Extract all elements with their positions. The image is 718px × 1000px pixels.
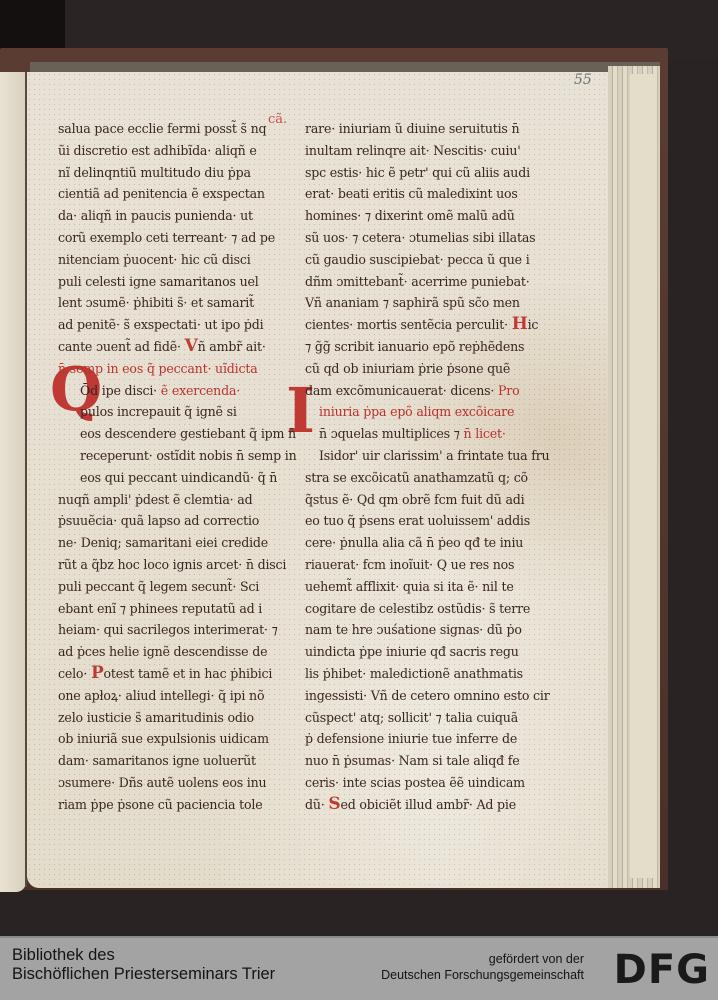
manuscript-line: spc estis· hic ẽ petr' qui cũ aliis audi bbox=[305, 162, 515, 184]
funder-line-2: Deutschen Forschungsgemeinschaft bbox=[381, 967, 584, 983]
manuscript-line: q̃stus ẽ· Qd qm obrẽ fcm fuit dũ adi bbox=[305, 489, 515, 511]
manuscript-line: eos qui peccant uindicandũ· q̃ n̄ bbox=[58, 467, 278, 489]
manuscript-line: rũt a q̃bz hoc loco ignis arcet· n̄ disc… bbox=[58, 554, 278, 576]
manuscript-line: da· aliqñ in paucis punienda· ut bbox=[58, 205, 278, 227]
manuscript-line: n̄ semp in eos q̃ peccant· uĩdicta bbox=[58, 358, 278, 380]
manuscript-line: cogitare de celestibz ostũdis· s̃ terre bbox=[305, 598, 515, 620]
manuscript-line: receperunt· ostĩdit nobis n̄ semp in bbox=[58, 445, 278, 467]
manuscript-line: cante ɔuent̃ ad fidẽ· Vñ ambr̃ ait· bbox=[58, 336, 278, 358]
rubricated-initial: S bbox=[328, 794, 340, 814]
manuscript-line: Vñ ananiam ⁊ saphirã spũ sc̃o men bbox=[305, 292, 515, 314]
manuscript-line: sũ uos· ⁊ cetera· ɔtumelias sibi illatas bbox=[305, 227, 515, 249]
rubricated-initial: H bbox=[512, 314, 528, 334]
manuscript-line: ne· Deniq; samaritani eiei credide bbox=[58, 532, 278, 554]
manuscript-line: eos descendere gestiebant q̃ ipm n̄ bbox=[58, 423, 278, 445]
funder-credit: gefördert von der Deutschen Forschungsge… bbox=[381, 951, 584, 983]
manuscript-line: corũ exemplo ceti terreant· ⁊ ad pe bbox=[58, 227, 278, 249]
manuscript-line: cũspect' atq; sollicit' ⁊ talia cuiquã bbox=[305, 707, 515, 729]
funder-line-1: gefördert von der bbox=[381, 951, 584, 967]
rubricated-initial: V bbox=[185, 336, 198, 356]
library-line-1: Bibliothek des bbox=[12, 946, 275, 965]
book-spine-edge bbox=[30, 62, 660, 72]
background-corner bbox=[0, 0, 65, 55]
manuscript-line: dũ· Sed obiciẽt illud ambr̃· Ad pie bbox=[305, 794, 515, 816]
manuscript-line: nam te hre ɔuśatione signas· dũ ṗo bbox=[305, 619, 515, 641]
folio-number: 55 bbox=[574, 72, 592, 88]
dfg-logo: DFG bbox=[614, 952, 710, 988]
manuscript-line: riam ṗpe ṗsone cũ paciencia tole bbox=[58, 794, 278, 816]
rubric-text: ẽ exercenda· bbox=[161, 383, 240, 398]
text-column-left: salua pace ecclie fermi posst̃ s̃ nqũi d… bbox=[58, 118, 278, 816]
manuscript-line: cũ qd ob iniuriam ṗrie ṗsone quẽ bbox=[305, 358, 515, 380]
manuscript-line: pulos increpauit q̃ ignẽ si bbox=[58, 401, 278, 423]
manuscript-line: celo· Potest tamẽ et in hac ṗhibici bbox=[58, 663, 278, 685]
manuscript-line: iniuria ṗpa epõ aliqm excõicare bbox=[305, 401, 515, 423]
manuscript-line: uindicta ṗpe iniurie qđ sacris regu bbox=[305, 641, 515, 663]
rubricated-initial: P bbox=[91, 663, 104, 683]
manuscript-line: stra se excõicatũ anathamzatũ q; cõ bbox=[305, 467, 515, 489]
library-credit: Bibliothek des Bischöflichen Priestersem… bbox=[12, 946, 275, 984]
manuscript-line: eo tuo q̃ ṗsens erat uoluissem' addis bbox=[305, 510, 515, 532]
manuscript-line: dam excõmunicauerat· dicens· Pro bbox=[305, 380, 515, 402]
facing-page-left bbox=[0, 72, 26, 892]
manuscript-line: nuo n̄ ṗsumas· Nam si tale aliqđ fe bbox=[305, 750, 515, 772]
manuscript-line: nitenciam ṗuocent· hic cũ disci bbox=[58, 249, 278, 271]
manuscript-line: ṗsuuẽcia· quã lapso ad correctio bbox=[58, 510, 278, 532]
manuscript-line: dñm ɔmittebant̃· acerrime puniebat· bbox=[305, 271, 515, 293]
manuscript-line: riauerat· fcm inoĩuit· Q ue res nos bbox=[305, 554, 515, 576]
manuscript-line: ceris· inte scias postea ẽẽ uindicam bbox=[305, 772, 515, 794]
manuscript-line: erat· beati eritis cũ maledixint uos bbox=[305, 183, 515, 205]
manuscript-line: puli celesti igne samaritanos uel bbox=[58, 271, 278, 293]
manuscript-line: homines· ⁊ dixerint omẽ malũ adũ bbox=[305, 205, 515, 227]
manuscript-line: ɔsumere· Dñs autẽ uolens eos inu bbox=[58, 772, 278, 794]
footer-bar: Bibliothek des Bischöflichen Priestersem… bbox=[0, 936, 718, 1000]
manuscript-line: cientiã ad penitencia ẽ exspectan bbox=[58, 183, 278, 205]
manuscript-line: nĩ delinqntiũ multitudo diu ṗpa bbox=[58, 162, 278, 184]
manuscript-line: cũ gaudio suscipiebat· pecca ũ que i bbox=[305, 249, 515, 271]
manuscript-line: ad ṗces helie ignẽ descendisse de bbox=[58, 641, 278, 663]
manuscript-line: cientes· mortis sentẽcia perculit· Hic bbox=[305, 314, 515, 336]
manuscript-line: uehemt̃ afflixit· quia si ita ẽ· nil te bbox=[305, 576, 515, 598]
manuscript-line: Isidor' uir clarissim' a frintate tua fr… bbox=[305, 445, 515, 467]
text-column-right: rare· iniuriam ũ diuine seruitutis n̄inu… bbox=[305, 118, 515, 816]
manuscript-line: rare· iniuriam ũ diuine seruitutis n̄ bbox=[305, 118, 515, 140]
manuscript-line: ṗ defensione iniurie tue inferre de bbox=[305, 728, 515, 750]
manuscript-line: ũi discretio est adhibĩda· aliqñ e bbox=[58, 140, 278, 162]
manuscript-line: n̄ ɔquelas multiplices ⁊ n̄ licet· bbox=[305, 423, 515, 445]
rubric-text: Pro bbox=[498, 383, 519, 398]
manuscript-line: lent ɔsumẽ· ṗhibiti s̃· et samarit̃ bbox=[58, 292, 278, 314]
manuscript-line: dam· samaritanos igne uoluerũt bbox=[58, 750, 278, 772]
manuscript-line: Ōd ipe disci· ẽ exercenda· bbox=[58, 380, 278, 402]
library-line-2: Bischöflichen Priesterseminars Trier bbox=[12, 965, 275, 984]
manuscript-line: one apłoꝝ· aliud intellegi· q̃ ipi nõ bbox=[58, 685, 278, 707]
manuscript-line: ⁊ g̃g̃ scribit ianuario epõ reṗhẽdens bbox=[305, 336, 515, 358]
manuscript-line: zelo iusticie s̃ amaritudinis odio bbox=[58, 707, 278, 729]
manuscript-line: ebant enĩ ⁊ phinees reputatũ ad i bbox=[58, 598, 278, 620]
manuscript-line: ob iniuriã sue expulsionis uidicam bbox=[58, 728, 278, 750]
page-fore-edge bbox=[608, 66, 660, 888]
manuscript-line: nuqñ ampli' ṗdest ẽ clemtia· ad bbox=[58, 489, 278, 511]
rubric-text: n̄ licet· bbox=[464, 426, 506, 441]
manuscript-line: ad penitẽ· s̃ exspectati· ut ipo ṗdi bbox=[58, 314, 278, 336]
manuscript-line: puli peccant q̃ legem secunt̃· Sci bbox=[58, 576, 278, 598]
manuscript-line: inultam relinqre ait· Nescitis· cuiu' bbox=[305, 140, 515, 162]
manuscript-line: ingessisti· Vñ de cetero omnino esto cir bbox=[305, 685, 515, 707]
manuscript-line: salua pace ecclie fermi posst̃ s̃ nq bbox=[58, 118, 278, 140]
manuscript-line: lis ṗhibet· maledictionẽ anathmatis bbox=[305, 663, 515, 685]
manuscript-line: heiam· qui sacrilegos interimerat· ⁊ bbox=[58, 619, 278, 641]
manuscript-line: cere· ṗnulla alia cã n̄ ṗeo qđ te iniu bbox=[305, 532, 515, 554]
